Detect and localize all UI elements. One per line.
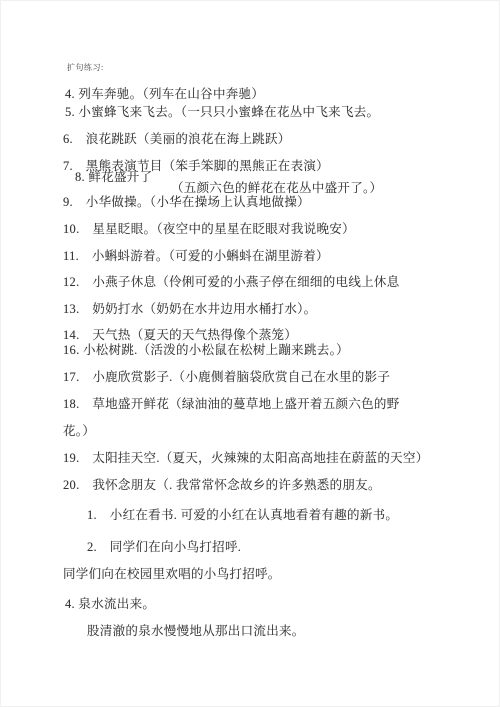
exercise-line-13: 13. 奶奶打水（奶奶在水井边用水桶打水）。 [63, 302, 316, 316]
exercise-line-b2-answer: 同学们向在校园里欢唱的小鸟打招呼。 [63, 567, 281, 581]
exercise-line-b1: 1. 小红在看书. 可爱的小红在认真地看着有趣的新书。 [87, 508, 398, 522]
exercise-line-17: 17. 小鹿欣赏影子.（小鹿侧着脑袋欣赏自己在水里的影子 [63, 370, 390, 384]
exercise-line-b4-answer: 股清澈的泉水慢慢地从那出口流出来。 [87, 624, 305, 638]
exercise-line-6: 6. 浪花跳跃（美丽的浪花在海上跳跃） [63, 132, 291, 146]
exercise-line-9: 9. 小华做操。（小华在操场上认真地做操） [63, 195, 310, 209]
exercise-line-16: 16. 小松树跳.（活泼的小松鼠在松树上蹦来跳去。） [63, 343, 349, 357]
page-title: 扩句练习: [67, 62, 104, 73]
exercise-line-5: 5. 小蜜蜂飞来飞去。（一只只小蜜蜂在花丛中飞来飞去。 [65, 105, 379, 119]
exercise-line-b2: 2. 同学们在向小鸟打招呼. [87, 540, 241, 554]
exercise-line-b4: 4. 泉水流出来。 [65, 597, 155, 611]
exercise-line-4: 4. 列车奔驰。（列车在山谷中奔驰） [65, 87, 264, 101]
exercise-line-8-answer: （五颜六色的鲜花在花丛中盛开了。） [171, 181, 382, 195]
exercise-line-20: 20. 我怀念朋友（. 我常常怀念故乡的许多熟悉的朋友。 [63, 478, 381, 492]
exercise-line-14: 14. 天气热（夏天的天气热得像个蒸笼） [63, 328, 297, 342]
exercise-line-8: 8. 鲜花盛开了 [75, 170, 152, 184]
exercise-line-11: 11. 小蝌蚪游着。（可爱的小蝌蚪在湖里游着） [63, 249, 329, 263]
worksheet-page: 扩句练习: 4. 列车奔驰。（列车在山谷中奔驰） 5. 小蜜蜂飞来飞去。（一只只… [0, 0, 500, 707]
exercise-line-18: 18. 草地盛开鲜花（绿油油的蔓草地上盛开着五颜六色的野 [63, 397, 400, 411]
exercise-line-19: 19. 太阳挂天空.（夏天，火辣辣的太阳高高地挂在蔚蓝的天空） [63, 451, 429, 465]
exercise-line-12: 12. 小燕子休息（伶俐可爱的小燕子停在细细的电线上休息 [63, 275, 400, 289]
exercise-line-18-continued: 花。） [63, 424, 95, 438]
exercise-line-10: 10. 星星眨眼。（夜空中的星星在眨眼对我说晚安） [63, 222, 355, 236]
